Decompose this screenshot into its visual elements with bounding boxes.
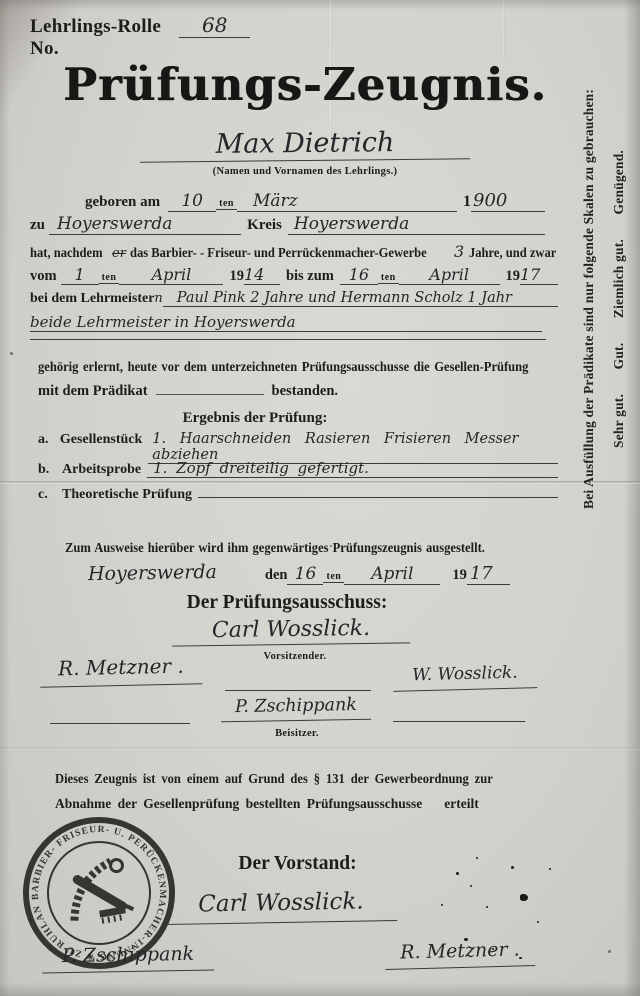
fold-crease <box>0 481 640 484</box>
kreis-label: Kreis <box>247 217 282 234</box>
board-chairman-signature-handwritten: Carl Wosslick. <box>165 888 398 925</box>
signature-metzner-handwritten: R. Metzner . <box>40 653 203 687</box>
roll-label: Lehrlings-Rolle No. <box>30 16 179 60</box>
page-title: Prüfungs-Zeugnis. <box>60 58 550 111</box>
bestanden-label: bestanden. <box>272 383 338 400</box>
attainment-line1: gehörig erlernt, heute vor dem unterzeic… <box>38 359 528 375</box>
master-line-2: beide Lehrmeister in Hoyerswerda <box>30 313 542 332</box>
birth-day-handwritten: 10 <box>168 191 216 212</box>
from-day-handwritten: 1 <box>61 265 99 285</box>
birth-year-handwritten: 900 <box>471 190 545 212</box>
to-year-handwritten: 17 <box>520 265 558 285</box>
place-line: zu Hoyerswerda Kreis Hoyerswerda <box>30 214 545 235</box>
blank-form-line <box>30 338 546 340</box>
result-value-handwritten <box>198 497 558 498</box>
fold-crease <box>0 747 640 750</box>
ink-speck <box>476 857 478 859</box>
master-line: bei dem Lehrmeister n Paul Pink 2 Jahre … <box>30 290 558 307</box>
scale-item: Ziemlich gut. <box>611 239 627 318</box>
ten-suffix: ten <box>99 272 120 284</box>
praedikat-blank <box>156 394 264 395</box>
vom-label: vom <box>30 268 57 285</box>
kreis-handwritten: Hoyerswerda <box>288 214 545 235</box>
legal-paragraph: Dieses Zeugnis ist von einem auf Grund d… <box>55 766 550 816</box>
result-label: Theoretische Prüfung <box>62 487 192 503</box>
ten-suffix: ten <box>216 198 237 210</box>
issue-year-prefix: 19 <box>452 567 467 584</box>
ten-suffix: ten <box>323 571 344 583</box>
chairman-role: Vorsitzender. <box>245 651 345 662</box>
ink-speck <box>470 885 472 887</box>
blank-signature-line <box>393 720 525 722</box>
ink-speck <box>537 921 539 923</box>
legal-line2-end: erteilt <box>444 796 478 811</box>
result-key: a. <box>38 432 60 448</box>
ink-speck <box>456 872 459 875</box>
issue-date-line: Hoyerswerda den 16 ten April 19 17 <box>88 562 528 585</box>
result-row-c: c. Theoretische Prüfung <box>38 487 558 503</box>
margin-note-instruction: Bei Ausfüllung der Prädikate sind nur fo… <box>581 89 597 509</box>
roll-number-handwritten: 68 <box>179 13 250 38</box>
issue-day-handwritten: 16 <box>287 564 323 585</box>
board-heading: Der Vorstand: <box>205 853 390 875</box>
ink-speck <box>519 957 522 959</box>
trade-pre: hat, nachdem <box>30 245 103 261</box>
ten-suffix: ten <box>378 272 399 284</box>
trade-post: Jahre, und zwar <box>469 245 556 261</box>
ink-speck <box>464 938 468 941</box>
issue-place-handwritten: Hoyerswerda <box>88 561 217 585</box>
result-key: b. <box>38 462 62 478</box>
masters2-handwritten: beide Lehrmeister in Hoyerswerda <box>30 313 542 332</box>
year-prefix: 1 <box>463 193 471 211</box>
praedikat-label: mit dem Prädikat <box>38 383 148 400</box>
result-label: Gesellenstück <box>60 432 142 448</box>
to-day-handwritten: 16 <box>340 265 378 285</box>
certificate-document: Lehrlings-Rolle No. 68 Prüfungs-Zeugnis.… <box>0 0 640 996</box>
ink-speck <box>330 545 332 547</box>
scale-item: Sehr gut. <box>611 394 627 448</box>
trade-line: hat, nachdem er das Barbier- - Friseur- … <box>30 242 558 261</box>
results-heading: Ergebnis der Prüfung: <box>105 410 405 427</box>
issue-line: Zum Ausweise hierüber wird ihm gegenwärt… <box>65 540 485 556</box>
master-label: bei dem Lehrmeister <box>30 291 154 307</box>
inserted-word-handwritten: er <box>112 246 126 261</box>
to-year-prefix: 19 <box>506 268 521 285</box>
ink-speck <box>10 352 13 355</box>
from-month-handwritten: April <box>119 265 223 285</box>
ink-speck <box>511 866 514 869</box>
den-label: den <box>265 567 288 584</box>
result-key: c. <box>38 487 62 503</box>
blank-signature-line <box>50 722 190 724</box>
result-label: Arbeitsprobe <box>62 462 141 478</box>
signature-wosslick-handwritten: W. Wosslick. <box>393 662 538 692</box>
ink-speck <box>486 906 488 908</box>
chairman-signature-handwritten: Carl Wosslick. <box>172 615 410 646</box>
attainment-paragraph: gehörig erlernt, heute vor dem unterzeic… <box>38 358 558 376</box>
apprentice-name-handwritten: Max Dietrich <box>140 126 470 162</box>
blank-signature-line <box>225 689 371 691</box>
from-year-prefix: 19 <box>229 268 244 285</box>
assessor-role: Beisitzer. <box>247 728 347 739</box>
legal-line1: Dieses Zeugnis ist von einem auf Grund d… <box>55 766 493 791</box>
roll-number-line: Lehrlings-Rolle No. 68 <box>30 13 250 60</box>
legal-line2: Abnahme der Gesellenprüfung bestellten P… <box>55 796 422 811</box>
zu-label: zu <box>30 217 45 234</box>
bis-label: bis zum <box>286 268 334 285</box>
issue-statement: Zum Ausweise hierüber wird ihm gegenwärt… <box>65 539 545 557</box>
seal-emblem-icon <box>65 858 135 928</box>
from-year-handwritten: 14 <box>244 265 280 285</box>
birth-month-handwritten: März <box>237 191 457 212</box>
issue-year-handwritten: 17 <box>467 563 510 585</box>
name-caption: (Namen und Vornamen des Lehrlings.) <box>140 166 470 177</box>
scale-item: Genügend. <box>611 150 627 214</box>
trade-years-handwritten: 3 <box>454 242 464 261</box>
margin-note-scale: Sehr gut. Gut. Ziemlich gut. Genügend. <box>611 150 627 448</box>
ink-speck <box>520 894 528 901</box>
result-row-b: b. Arbeitsprobe 1. Zopf dreiteilig gefer… <box>38 459 558 478</box>
board-signature-left-handwritten: P. Zschippank <box>42 943 214 974</box>
ink-speck <box>441 904 443 906</box>
paper-crease <box>503 0 505 60</box>
board-signature-right-handwritten: R. Metzner . <box>385 938 536 970</box>
result-value-handwritten: 1. Zopf dreiteilig gefertigt. <box>147 459 558 478</box>
born-label: geboren am <box>85 194 160 211</box>
committee-heading: Der Prüfungsausschuss: <box>137 592 437 614</box>
birthplace-handwritten: Hoyerswerda <box>49 214 241 235</box>
birth-line: geboren am 10 ten März 1 900 <box>85 190 545 212</box>
period-line: vom 1 ten April 19 14 bis zum 16 ten Apr… <box>30 265 558 285</box>
scale-item: Gut. <box>611 343 627 370</box>
praedikat-line: mit dem Prädikat bestanden. <box>38 383 458 400</box>
master-label-suffix-handwritten: n <box>154 291 162 306</box>
ink-speck <box>492 948 494 950</box>
to-month-handwritten: April <box>399 265 500 285</box>
ink-speck <box>549 868 551 870</box>
assessor-signature-handwritten: P. Zschippank <box>221 695 371 723</box>
trade-mid: das Barbier- - Friseur- und Perrückenmac… <box>130 245 427 261</box>
masters-handwritten: Paul Pink 2 Jahre und Hermann Scholz 1 J… <box>163 290 558 307</box>
issue-month-handwritten: April <box>344 564 440 585</box>
ink-speck <box>608 950 611 953</box>
